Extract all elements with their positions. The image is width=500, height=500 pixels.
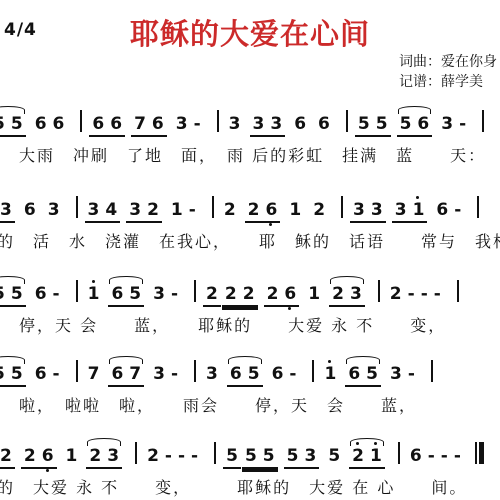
note-char: 7 [126, 366, 144, 383]
note-char: 6 [291, 116, 309, 133]
note-char: 5 [260, 448, 278, 465]
note-char: 2 [221, 202, 239, 219]
note-group: 21 [349, 448, 385, 469]
note-group: 3 [0, 202, 15, 223]
note-group: 55 [0, 286, 26, 307]
note-group: 2 [221, 202, 239, 221]
note-char: 6 [149, 116, 167, 133]
barline [135, 442, 137, 464]
note-group: 55 [0, 366, 26, 387]
note-group: 55 [355, 116, 391, 137]
note-char: 6 [407, 448, 425, 465]
barline [194, 360, 196, 382]
note-char: 2 [264, 286, 282, 303]
note-char: 3 [203, 366, 221, 383]
note-char: 5 [397, 116, 415, 133]
duration-dash: - [188, 448, 201, 465]
slur-arc [87, 438, 121, 446]
notation-line: 556666763-3336655563- [0, 98, 491, 137]
note-group: 3- [150, 286, 181, 305]
note-char: 3 [150, 366, 168, 383]
barline [482, 110, 484, 132]
note-group: 1 [321, 366, 339, 385]
note-char: 5 [325, 448, 343, 465]
note-group: 3- [150, 366, 181, 385]
note-group: 6 [291, 116, 309, 135]
note-char: 2 [203, 286, 221, 303]
note-group: 32 [126, 202, 162, 223]
duration-dash: - [191, 116, 204, 133]
note-char: 1 [63, 448, 81, 465]
duration-dash: - [451, 202, 464, 219]
barline [312, 360, 314, 382]
slur-arc [0, 356, 25, 364]
music-system: 2261232---555535216--- 的 大爱 永 不 变， 耶稣的 大… [0, 430, 484, 497]
note-group: 6 [315, 116, 333, 135]
note-char: 3 [392, 202, 410, 219]
barline [214, 442, 216, 464]
notation-line: 2261232---555535216--- [0, 430, 484, 469]
note-char: 5 [242, 448, 260, 465]
duration-dash: - [431, 286, 444, 303]
note-group: 3- [387, 366, 418, 385]
note-group: 65 [227, 366, 263, 387]
note-char: 5 [284, 448, 302, 465]
note-group: 65 [108, 286, 144, 307]
note-char: 5 [355, 116, 373, 133]
slur-arc [398, 106, 432, 114]
note-char: 2 [245, 202, 263, 219]
music-system: 556-1653-222261232--- 会 停，天 会 蓝， 耶稣的 大爱 … [0, 268, 466, 335]
note-group: 31 [392, 202, 428, 223]
note-char: 5 [8, 286, 26, 303]
duration-dash: - [50, 366, 63, 383]
slur-arc [0, 106, 25, 114]
note-char: 7 [131, 116, 149, 133]
duration-dash: - [405, 286, 418, 303]
note-char: 6 [108, 366, 126, 383]
note-char: 2 [349, 448, 367, 465]
credit-lyricist: 词曲：爱在你身 [399, 52, 497, 72]
duration-dash: - [186, 202, 199, 219]
note-char: 6 [21, 202, 39, 219]
duration-dash: - [456, 116, 469, 133]
octave-dot [269, 223, 272, 226]
note-char: 3 [85, 202, 103, 219]
note-group: 65 [345, 366, 381, 387]
note-group: 55 [242, 448, 278, 469]
duration-dash: - [451, 448, 464, 465]
note-char: 5 [0, 286, 8, 303]
slur-arc [109, 356, 143, 364]
barline [76, 280, 78, 302]
note-char: 3 [387, 366, 405, 383]
barline [398, 442, 400, 464]
duration-dash: - [50, 286, 63, 303]
note-char: 2 [21, 448, 39, 465]
note-char: 2 [0, 448, 15, 465]
notation-line: 556-7673-3656-1653- [0, 348, 440, 387]
sheet-music-page: 4/4 耶稣的大爱在心间 词曲：爱在你身 记谱：薛学美 556666763-33… [0, 0, 500, 500]
note-group: 66 [32, 116, 68, 135]
credit-transcriber: 记谱：薛学美 [399, 72, 497, 92]
note-char: 3 [173, 116, 191, 133]
slur-arc [0, 276, 25, 284]
music-system: 556666763-3336655563- 场 大雨 冲刷 了地 面， 雨 后的… [0, 98, 491, 165]
note-char: 6 [32, 286, 50, 303]
note-char: 5 [126, 286, 144, 303]
note-char: 2 [144, 202, 162, 219]
duration-dash: - [418, 286, 431, 303]
barline [217, 110, 219, 132]
barline [76, 360, 78, 382]
note-char: 6 [227, 366, 245, 383]
duration-dash: - [425, 448, 438, 465]
note-group: 6 [21, 202, 39, 221]
note-char: 3 [350, 202, 368, 219]
note-group: 5 [325, 448, 343, 467]
note-char: 6 [345, 366, 363, 383]
octave-dot [92, 280, 95, 283]
note-char: 2 [387, 286, 405, 303]
note-group: 6- [32, 286, 63, 305]
slur-arc [350, 438, 384, 446]
note-char: 3 [126, 202, 144, 219]
slur-arc [109, 276, 143, 284]
note-char: 6 [32, 116, 50, 133]
note-char: 3 [45, 202, 63, 219]
note-group: 56 [397, 116, 433, 137]
note-group: 5 [223, 448, 241, 469]
note-group: 6--- [407, 448, 464, 467]
note-group: 33 [350, 202, 386, 223]
note-char: 3 [301, 448, 319, 465]
barline [431, 360, 433, 382]
note-char: 6 [32, 366, 50, 383]
note-group: 1 [63, 448, 81, 467]
barline [346, 110, 348, 132]
note-char: 2 [240, 286, 258, 303]
note-char: 6 [89, 116, 107, 133]
note-group: 2 [203, 286, 221, 307]
note-group: 26 [21, 448, 57, 469]
note-group: 33 [250, 116, 286, 137]
note-char: 3 [347, 286, 365, 303]
song-title: 耶稣的大爱在心间 [0, 12, 500, 53]
note-char: 6 [39, 448, 57, 465]
note-char: 4 [102, 202, 120, 219]
slur-arc [228, 356, 262, 364]
note-char: 1 [367, 448, 385, 465]
note-char: 2 [310, 202, 328, 219]
note-group: 6- [269, 366, 300, 385]
note-group: 22 [222, 286, 258, 307]
barline [80, 110, 82, 132]
duration-dash: - [168, 286, 181, 303]
note-char: 3 [438, 116, 456, 133]
note-group: 6- [32, 366, 63, 385]
note-char: 5 [0, 366, 8, 383]
note-char: 3 [250, 116, 268, 133]
note-group: 7 [85, 366, 103, 385]
note-char: 3 [368, 202, 386, 219]
note-group: 6- [433, 202, 464, 221]
note-group: 3 [226, 116, 244, 135]
note-char: 3 [150, 286, 168, 303]
notation-line: 556-1653-222261232--- [0, 268, 466, 307]
note-char: 6 [50, 116, 68, 133]
note-char: 6 [315, 116, 333, 133]
duration-dash: - [175, 448, 188, 465]
lyrics-line: 的 大爱 永 不 变， 耶稣的 大爱 在 心 间。 [0, 478, 484, 497]
note-char: 6 [433, 202, 451, 219]
note-group: 3- [173, 116, 204, 135]
note-char: 1 [305, 286, 323, 303]
octave-dot [46, 469, 49, 472]
barline [341, 196, 343, 218]
lyrics-line: 场 大雨 冲刷 了地 面， 雨 后的彩虹 挂满 蓝 天： [0, 146, 491, 165]
note-char: 5 [373, 116, 391, 133]
lyrics-line: 会 停，天 会 蓝， 耶稣的 大爱 永 不 变， [0, 316, 466, 335]
note-group: 66 [89, 116, 125, 137]
note-group: 23 [329, 286, 365, 307]
note-char: 5 [8, 116, 26, 133]
note-group: 3- [438, 116, 469, 135]
barline [477, 196, 479, 218]
credits-block: 词曲：爱在你身 记谱：薛学美 [399, 52, 497, 92]
notation-line: 36334321-2261233316- [0, 184, 500, 223]
note-group: 67 [108, 366, 144, 387]
note-group: 55 [0, 116, 26, 137]
barline [378, 280, 380, 302]
lyrics-line: 的 活 水 浇灌 在我心， 耶 稣的 话语 常与 我相 伴。 [0, 232, 500, 251]
note-group: 26 [245, 202, 281, 223]
note-char: 2 [329, 286, 347, 303]
note-group: 53 [284, 448, 320, 469]
octave-dot [328, 360, 331, 363]
note-char: 6 [414, 116, 432, 133]
note-group: 1 [286, 202, 304, 221]
note-group: 1 [305, 286, 323, 305]
note-char: 3 [226, 116, 244, 133]
note-char: 5 [8, 366, 26, 383]
note-char: 6 [107, 116, 125, 133]
octave-dot [288, 307, 291, 310]
note-char: 5 [0, 116, 8, 133]
note-char: 6 [108, 286, 126, 303]
slur-arc [346, 356, 380, 364]
slur-arc [330, 276, 364, 284]
note-group: 3 [45, 202, 63, 221]
note-group: 2--- [387, 286, 444, 305]
note-char: 3 [104, 448, 122, 465]
note-char: 5 [223, 448, 241, 465]
note-group: 3 [203, 366, 221, 385]
octave-dot [416, 196, 419, 199]
barline [212, 196, 214, 218]
note-group: 2--- [144, 448, 201, 467]
duration-dash: - [168, 366, 181, 383]
note-char: 1 [85, 286, 103, 303]
note-char: 2 [86, 448, 104, 465]
final-barline [475, 442, 484, 468]
note-char: 6 [263, 202, 281, 219]
note-char: 3 [0, 202, 15, 219]
duration-dash: - [286, 366, 299, 383]
note-char: 7 [85, 366, 103, 383]
note-char: 6 [269, 366, 287, 383]
note-group: 2 [310, 202, 328, 221]
note-char: 1 [286, 202, 304, 219]
note-group: 23 [86, 448, 122, 469]
barline [194, 280, 196, 302]
note-group: 76 [131, 116, 167, 137]
duration-dash: - [162, 448, 175, 465]
note-char: 1 [168, 202, 186, 219]
barline [76, 196, 78, 218]
note-char: 5 [245, 366, 263, 383]
music-system: 36334321-2261233316- 的 活 水 浇灌 在我心， 耶 稣的 … [0, 184, 500, 251]
note-char: 1 [410, 202, 428, 219]
note-char: 2 [222, 286, 240, 303]
note-char: 3 [267, 116, 285, 133]
lyrics-line: 啦 啦， 啦啦 啦， 雨会 停，天 会 蓝， [0, 396, 440, 415]
barline [457, 280, 459, 302]
note-group: 2 [0, 448, 15, 469]
note-char: 6 [281, 286, 299, 303]
duration-dash: - [405, 366, 418, 383]
note-char: 5 [363, 366, 381, 383]
note-group: 26 [264, 286, 300, 307]
note-group: 34 [85, 202, 121, 223]
music-system: 556-7673-3656-1653- 啦 啦， 啦啦 啦， 雨会 停，天 会 … [0, 348, 440, 415]
note-group: 1 [85, 286, 103, 305]
note-char: 1 [321, 366, 339, 383]
duration-dash: - [438, 448, 451, 465]
note-group: 1- [168, 202, 199, 221]
note-char: 2 [144, 448, 162, 465]
